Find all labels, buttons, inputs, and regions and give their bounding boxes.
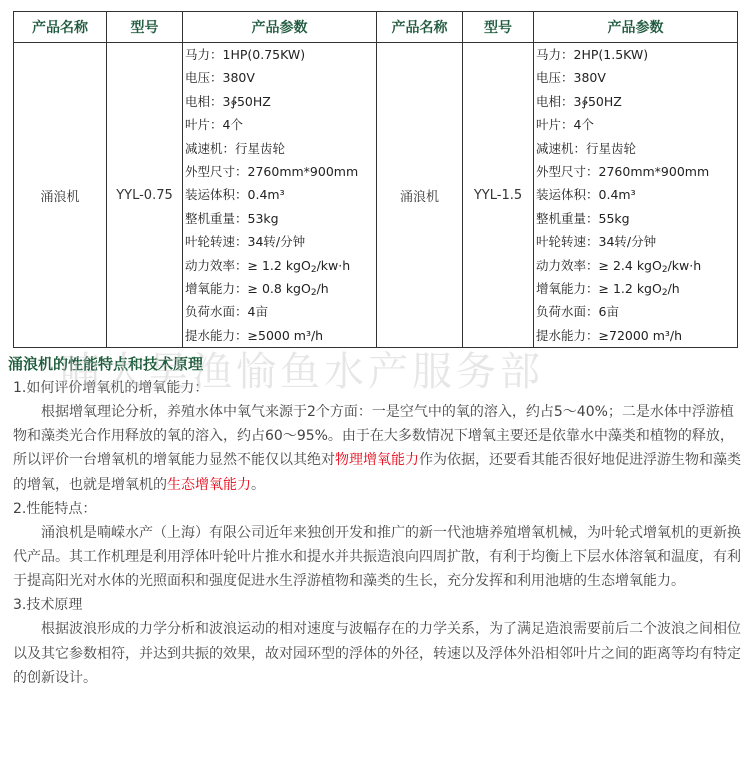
header-product-params: 产品参数 xyxy=(534,12,738,43)
param-reducer: 减速机：行星齿轮 xyxy=(536,137,737,160)
param-phase: 电相：3∲50HZ xyxy=(185,90,376,113)
product-name-cell: 涌浪机 xyxy=(377,43,463,348)
section-heading: 3.技术原理 xyxy=(8,593,744,617)
params-cell: 马力：1HP(0.75KW) 电压：380V 电相：3∲50HZ 叶片：4个 减… xyxy=(183,43,377,348)
header-product-name: 产品名称 xyxy=(377,12,463,43)
model-cell: YYL-1.5 xyxy=(463,43,534,348)
param-impeller-speed: 叶轮转速：34转/分钟 xyxy=(536,230,737,253)
param-voltage: 电压：380V xyxy=(536,66,737,89)
param-voltage: 电压：380V xyxy=(185,66,376,89)
product-spec-table: 产品名称 型号 产品参数 产品名称 型号 产品参数 涌浪机 YYL-0.75 马… xyxy=(13,11,738,348)
param-impeller-speed: 叶轮转速：34转/分钟 xyxy=(185,230,376,253)
param-power-efficiency: 动力效率：≥ 1.2 kgO2/kw·h xyxy=(185,254,376,277)
table-row: 涌浪机 YYL-0.75 马力：1HP(0.75KW) 电压：380V 电相：3… xyxy=(14,43,738,348)
model-cell: YYL-0.75 xyxy=(107,43,183,348)
section-paragraph: 根据增氧理论分析，养殖水体中氧气来源于2个方面：一是空气中的氧的溶入，约占5～4… xyxy=(8,400,744,497)
product-name-cell: 涌浪机 xyxy=(14,43,107,348)
param-reducer: 减速机：行星齿轮 xyxy=(185,137,376,160)
param-horsepower: 马力：1HP(0.75KW) xyxy=(185,43,376,66)
param-shipping-volume: 装运体积：0.4m³ xyxy=(185,183,376,206)
param-blades: 叶片：4个 xyxy=(536,113,737,136)
section-paragraph: 根据波浪形成的力学分析和波浪运动的相对速度与波幅存在的力学关系，为了满足造浪需要… xyxy=(8,617,744,690)
param-weight: 整机重量：53kg xyxy=(185,207,376,230)
param-dimensions: 外型尺寸：2760mm*900mm xyxy=(536,160,737,183)
highlight-physical-oxygenation: 物理增氧能力 xyxy=(335,452,419,468)
table-header-row: 产品名称 型号 产品参数 产品名称 型号 产品参数 xyxy=(14,12,738,43)
section-paragraph: 涌浪机是喃嵘水产（上海）有限公司近年来独创开发和推广的新一代池塘养殖增氧机械，为… xyxy=(8,521,744,594)
param-phase: 电相：3∲50HZ xyxy=(536,90,737,113)
param-dimensions: 外型尺寸：2760mm*900mm xyxy=(185,160,376,183)
highlight-ecological-oxygenation: 生态增氧能力 xyxy=(167,477,251,493)
params-cell: 马力：2HP(1.5KW) 电压：380V 电相：3∲50HZ 叶片：4个 减速… xyxy=(534,43,738,348)
param-oxygenation-capacity: 增氧能力：≥ 0.8 kgO2/h xyxy=(185,277,376,300)
section-heading: 1.如何评价增氧机的增氧能力： xyxy=(8,376,744,400)
param-water-surface: 负荷水面：4亩 xyxy=(185,300,376,323)
param-power-efficiency: 动力效率：≥ 2.4 kgO2/kw·h xyxy=(536,254,737,277)
param-oxygenation-capacity: 增氧能力：≥ 1.2 kgO2/h xyxy=(536,277,737,300)
section-heading: 2.性能特点： xyxy=(8,497,744,521)
header-model: 型号 xyxy=(107,12,183,43)
param-lift-capacity: 提水能力：≥72000 m³/h xyxy=(536,324,737,347)
param-water-surface: 负荷水面：6亩 xyxy=(536,300,737,323)
header-product-name: 产品名称 xyxy=(14,12,107,43)
header-model: 型号 xyxy=(463,12,534,43)
param-shipping-volume: 装运体积：0.4m³ xyxy=(536,183,737,206)
param-lift-capacity: 提水能力：≥5000 m³/h xyxy=(185,324,376,347)
param-horsepower: 马力：2HP(1.5KW) xyxy=(536,43,737,66)
param-weight: 整机重量：55kg xyxy=(536,207,737,230)
param-blades: 叶片：4个 xyxy=(185,113,376,136)
article-title: 涌浪机的性能特点和技术原理 xyxy=(8,352,744,376)
article: 涌浪机的性能特点和技术原理 1.如何评价增氧机的增氧能力： 根据增氧理论分析，养… xyxy=(8,352,744,690)
header-product-params: 产品参数 xyxy=(183,12,377,43)
